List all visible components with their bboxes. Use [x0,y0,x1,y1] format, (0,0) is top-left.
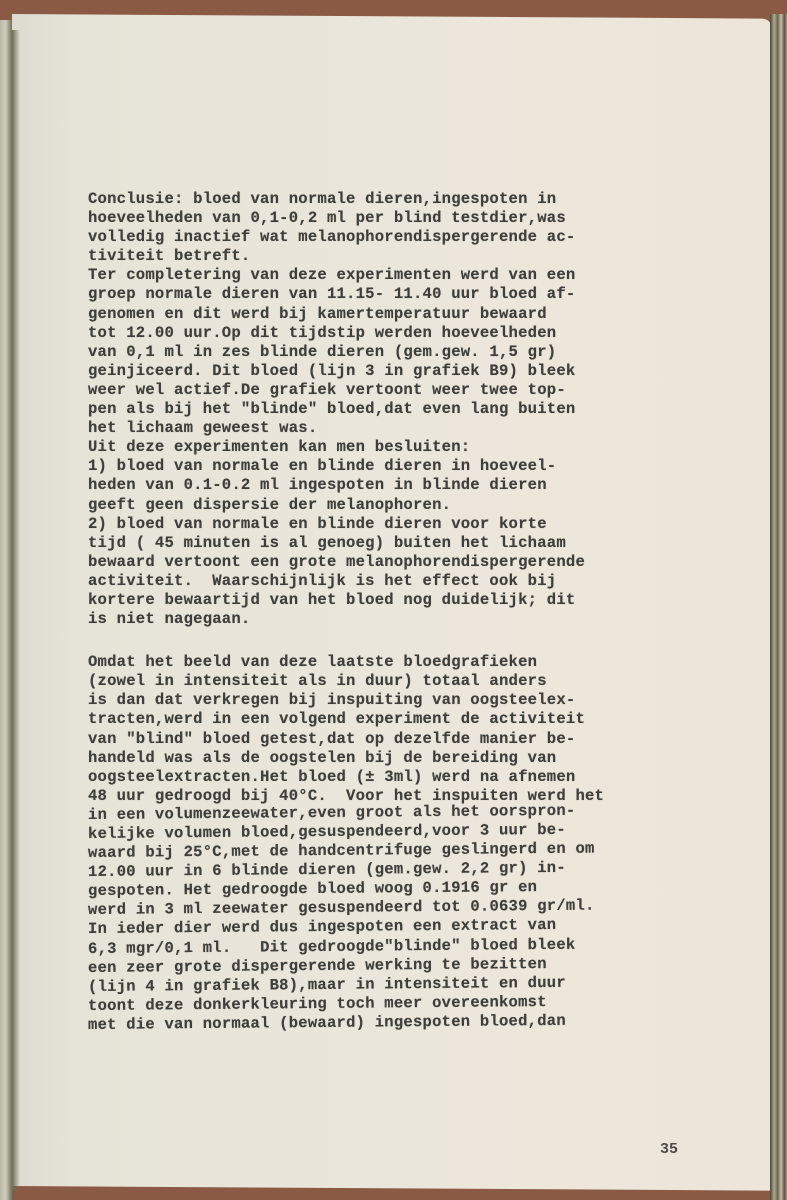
text-line: weer wel actief.De grafiek vertoont weer… [88,381,708,400]
page-gutter-shadow [12,30,20,1190]
text-line: van 0,1 ml in zes blinde dieren (gem.gew… [88,343,708,362]
page-stack-edge [770,14,787,1200]
paragraph-spacer [88,629,708,653]
text-line: geinjiceerd. Dit bloed (lijn 3 in grafie… [88,362,708,381]
paragraph-conclusion: Conclusie: bloed van normale dieren,inge… [88,190,708,629]
text-line: geeft geen dispersie der melanophoren. [88,496,708,515]
text-line: groep normale dieren van 11.15- 11.40 uu… [88,285,708,304]
text-line: hoeveelheden van 0,1-0,2 ml per blind te… [88,209,708,228]
text-line: Uit deze experimenten kan men besluiten: [88,438,708,457]
text-line: met die van normaal (bewaard) ingespoten… [88,1011,708,1036]
paragraph-blind-blood-experiment: Omdat het beeld van deze laatste bloedgr… [88,653,708,1035]
text-line: het lichaam geweest was. [88,419,708,438]
text-line: Omdat het beeld van deze laatste bloedgr… [88,653,708,672]
text-line: tijd ( 45 minuten is al genoeg) buiten h… [88,534,708,553]
page-number: 35 [660,1141,678,1158]
text-line: heden van 0.1-0.2 ml ingespoten in blind… [88,476,708,495]
text-line: volledig inactief wat melanophorendisper… [88,228,708,247]
text-line: activiteit. Waarschijnlijk is het effect… [88,572,708,591]
text-line: (zowel in intensiteit als in duur) totaa… [88,672,708,691]
text-line: is dan dat verkregen bij inspuiting van … [88,691,708,710]
text-line: genomen en dit werd bij kamertemperatuur… [88,305,708,324]
text-line: Ter completering van deze experimenten w… [88,266,708,285]
text-line: tiviteit betreft. [88,247,708,266]
text-line: 1) bloed van normale en blinde dieren in… [88,457,708,476]
text-line: oogsteelextracten.Het bloed (± 3ml) werd… [88,768,708,787]
typewritten-text: Conclusie: bloed van normale dieren,inge… [88,190,708,1035]
text-line: tracten,werd in een volgend experiment d… [88,710,708,729]
text-line: kortere bewaartijd van het bloed nog dui… [88,591,708,610]
text-line: bewaard vertoont een grote melanophorend… [88,553,708,572]
text-line: handeld was als de oogstelen bij de bere… [88,749,708,768]
text-line: is niet nagegaan. [88,610,708,629]
text-line: pen als bij het "blinde" bloed,dat even … [88,400,708,419]
text-line: van "blind" bloed getest,dat op dezelfde… [88,730,708,749]
text-line: Conclusie: bloed van normale dieren,inge… [88,190,708,209]
text-line: tot 12.00 uur.Op dit tijdstip werden hoe… [88,324,708,343]
text-line: 2) bloed van normale en blinde dieren vo… [88,515,708,534]
